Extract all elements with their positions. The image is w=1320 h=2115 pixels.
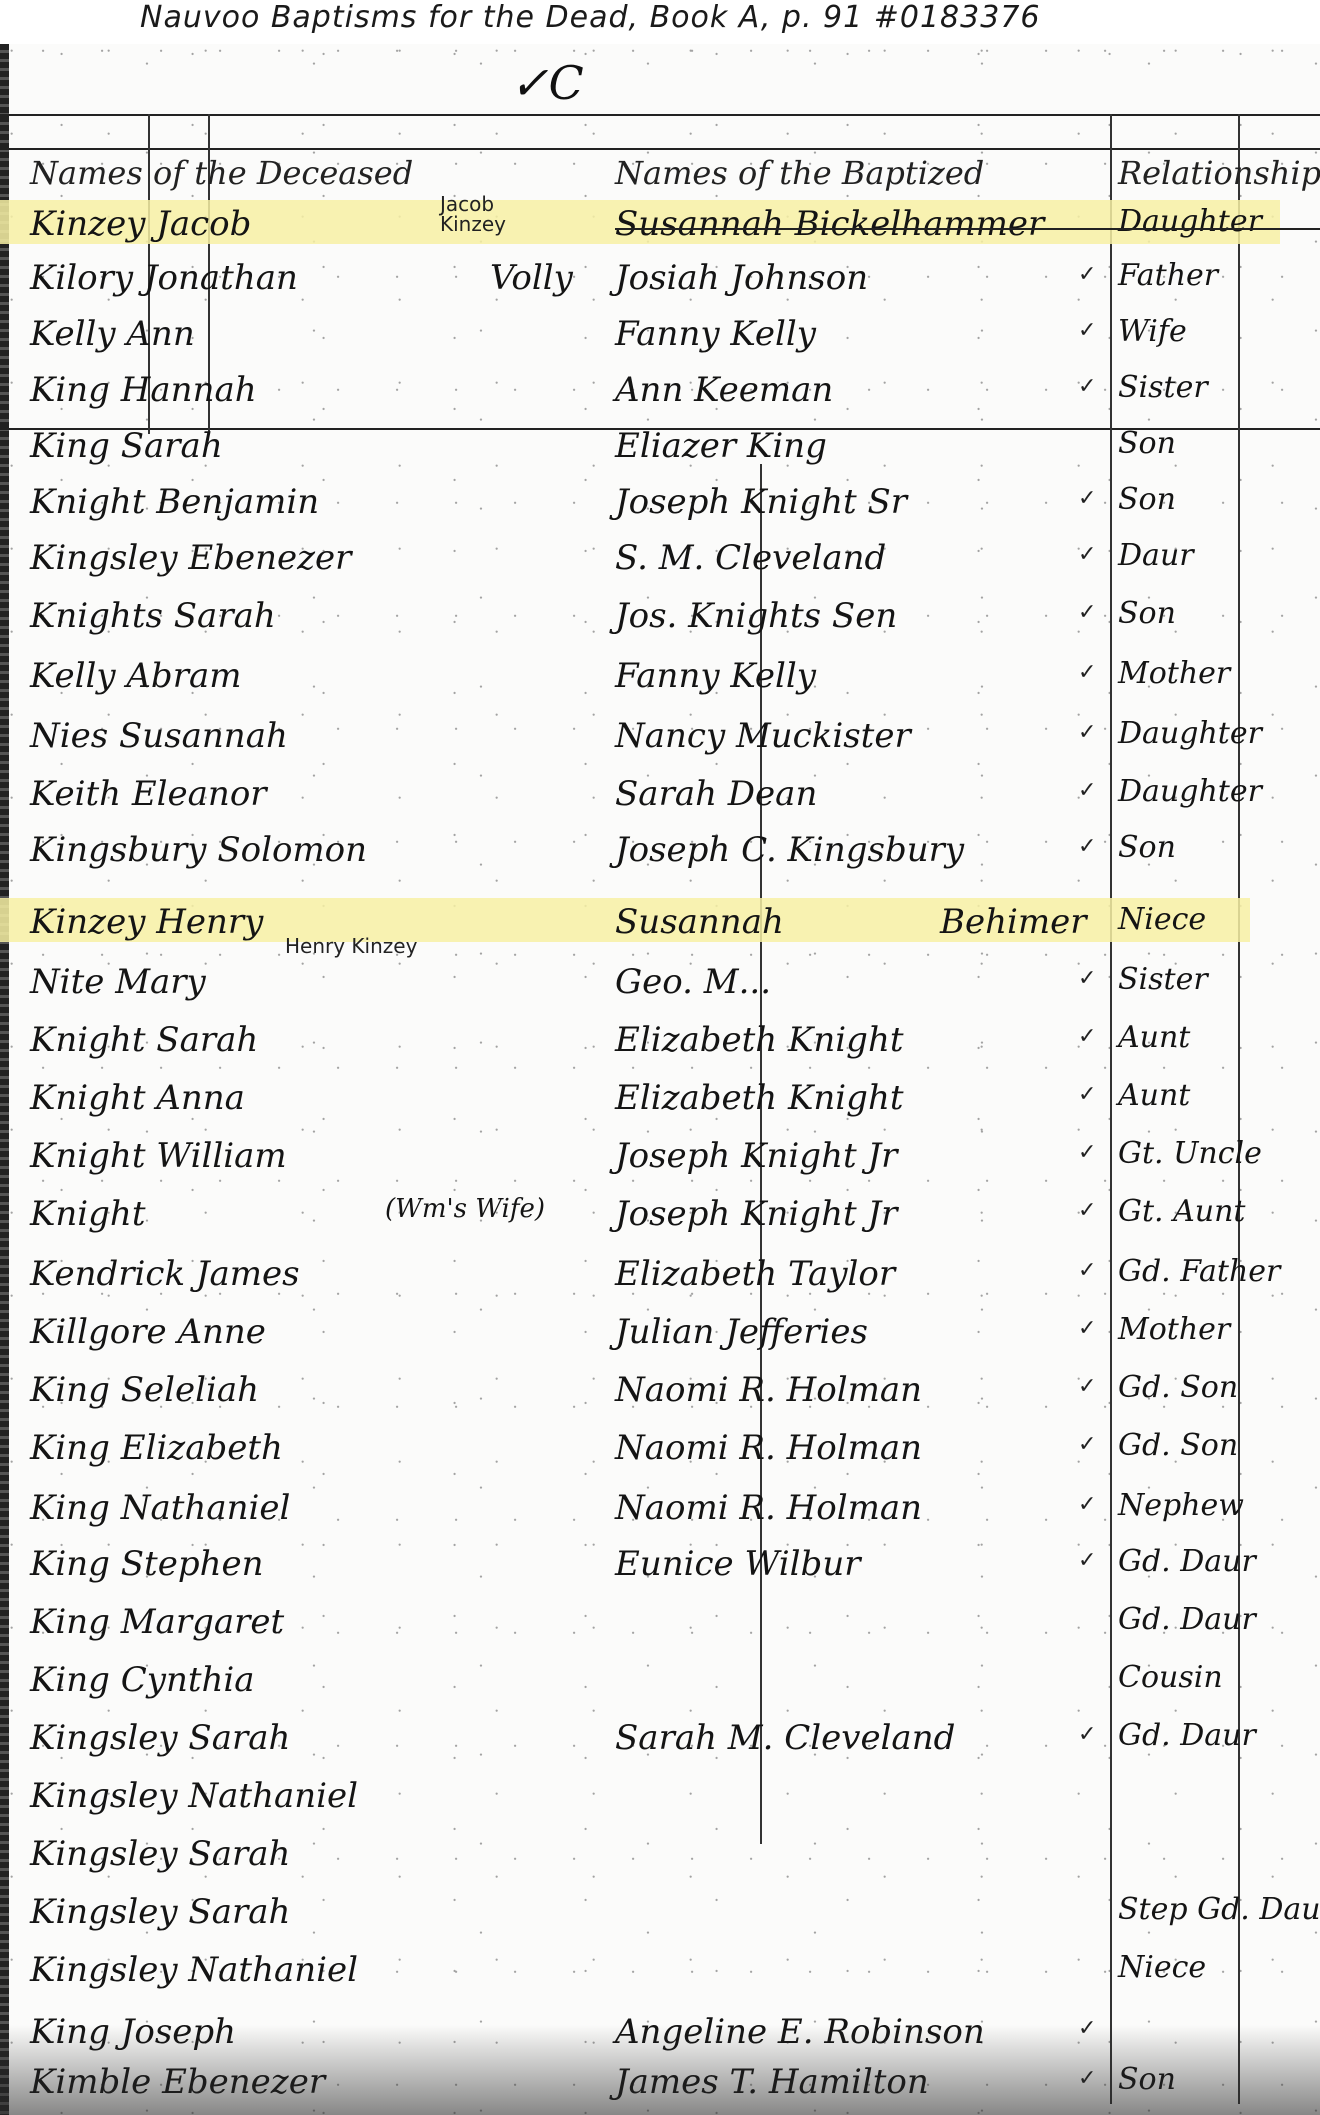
record-row: Kingsley SarahSarah M. Cleveland✓Gd. Dau…: [0, 1718, 1320, 1770]
proxy-name: Fanny Kelly: [615, 656, 816, 696]
check-mark-icon: ✓: [1078, 374, 1096, 399]
record-row: Knights SarahJos. Knights Sen✓Son: [0, 596, 1320, 648]
relationship: Gd. Daur: [1118, 1602, 1256, 1637]
check-mark-icon: ✓: [1078, 1024, 1096, 1049]
check-mark-icon: ✓: [1078, 1082, 1096, 1107]
deceased-name: Kingsley Ebenezer: [30, 538, 351, 578]
check-mark-icon: ✓: [1078, 720, 1096, 745]
proxy-name: Eliazer King: [615, 426, 827, 466]
record-row: King MargaretGd. Daur: [0, 1602, 1320, 1654]
relationship: Daughter: [1118, 204, 1262, 239]
deceased-name: Knight: [30, 1194, 146, 1234]
relationship: Aunt: [1118, 1078, 1190, 1113]
check-mark-icon: ✓: [1078, 1722, 1096, 1747]
deceased-name: Knights Sarah: [30, 596, 276, 636]
check-mark-icon: ✓: [1078, 660, 1096, 685]
proxy-name: S. M. Cleveland: [615, 538, 886, 578]
deceased-name: King Sarah: [30, 426, 223, 466]
rule-top: [0, 114, 1320, 116]
record-row: Kingsley Sarah: [0, 1834, 1320, 1886]
check-mark-icon: ✓: [1078, 1492, 1096, 1517]
deceased-name: Kingsbury Solomon: [30, 830, 367, 870]
proxy-name: Ann Keeman: [615, 370, 833, 410]
record-row: Kingsbury SolomonJoseph C. Kingsbury✓Son: [0, 830, 1320, 882]
relationship: Gd. Father: [1118, 1254, 1280, 1289]
record-row: King SarahEliazer KingSon: [0, 426, 1320, 478]
deceased-name: Kingsley Sarah: [30, 1834, 290, 1874]
record-row: King CynthiaCousin: [0, 1660, 1320, 1712]
deceased-name: Knight Anna: [30, 1078, 245, 1118]
record-row: Kingsley Nathaniel: [0, 1776, 1320, 1828]
relationship: Niece: [1118, 902, 1206, 937]
record-row: Knight WilliamJoseph Knight Jr✓Gt. Uncle: [0, 1136, 1320, 1188]
scanned-record-page: ✓C Names of the Deceased Names of the Ba…: [0, 44, 1320, 2115]
proxy-name: Jos. Knights Sen: [615, 596, 897, 636]
relationship: Daughter: [1118, 774, 1262, 809]
proxy-name: Fanny Kelly: [615, 314, 816, 354]
proxy-name: Eunice Wilbur: [615, 1544, 860, 1584]
proxy-name: Sarah Dean: [615, 774, 817, 814]
proxy-name: Susannah: [615, 902, 784, 942]
proxy-name: Naomi R. Holman: [615, 1488, 922, 1528]
deceased-name: Killgore Anne: [30, 1312, 266, 1352]
check-mark-icon: ✓: [1078, 1140, 1096, 1165]
deceased-name: King Seleliah: [30, 1370, 259, 1410]
relationship: Son: [1118, 830, 1176, 865]
check-mark-icon: ✓: [1078, 262, 1096, 287]
proxy-name: Susannah Bickelhammer: [615, 204, 1044, 244]
relationship: Daughter: [1118, 716, 1262, 751]
relationship: Gd. Daur: [1118, 1544, 1256, 1579]
relationship: Gt. Uncle: [1118, 1136, 1262, 1171]
record-row: Knight(Wm's Wife)Joseph Knight Jr✓Gt. Au…: [0, 1194, 1320, 1246]
record-row: Kendrick JamesElizabeth Taylor✓Gd. Fathe…: [0, 1254, 1320, 1306]
deceased-name: Knight William: [30, 1136, 287, 1176]
column-header-row: Names of the Deceased Names of the Bapti…: [0, 154, 1320, 206]
deceased-name: Nite Mary: [30, 962, 206, 1002]
relationship: Wife: [1118, 314, 1187, 349]
check-mark-icon: ✓: [1078, 1432, 1096, 1457]
relationship: Gd. Son: [1118, 1370, 1238, 1405]
header-proxy: Names of the Baptized: [615, 154, 984, 192]
record-row: Kinzey HenrySusannahBehimerNiece: [0, 902, 1320, 954]
deceased-name: Nies Susannah: [30, 716, 288, 756]
record-row: Nies SusannahNancy Muckister✓Daughter: [0, 716, 1320, 768]
deceased-note: (Wm's Wife): [385, 1194, 545, 1224]
record-row: Nite MaryGeo. M...✓Sister: [0, 962, 1320, 1014]
deceased-name: King Stephen: [30, 1544, 264, 1584]
deceased-name: Keith Eleanor: [30, 774, 267, 814]
deceased-name: King Cynthia: [30, 1660, 255, 1700]
check-mark-icon: ✓: [1078, 486, 1096, 511]
proxy-surname: Behimer: [940, 902, 1087, 942]
deceased-name: Kelly Ann: [30, 314, 195, 354]
relationship: Step Gd. Daur: [1118, 1892, 1320, 1927]
record-row: Kelly AbramFanny Kelly✓Mother: [0, 656, 1320, 708]
record-row: King NathanielNaomi R. Holman✓Nephew: [0, 1488, 1320, 1540]
record-row: Kingsley NathanielNiece: [0, 1950, 1320, 2002]
proxy-name: Joseph Knight Jr: [615, 1194, 897, 1234]
check-mark-icon: ✓: [1078, 1316, 1096, 1341]
proxy-name: Elizabeth Knight: [615, 1020, 904, 1060]
record-row: King ElizabethNaomi R. Holman✓Gd. Son: [0, 1428, 1320, 1480]
relationship: Niece: [1118, 1950, 1206, 1985]
proxy-name: Elizabeth Taylor: [615, 1254, 895, 1294]
relationship: Gd. Son: [1118, 1428, 1238, 1463]
check-mark-icon: ✓: [1078, 778, 1096, 803]
deceased-name: King Elizabeth: [30, 1428, 283, 1468]
proxy-name: Josiah Johnson: [615, 258, 868, 298]
record-row: Knight BenjaminJoseph Knight Sr✓Son: [0, 482, 1320, 534]
deceased-name: Knight Sarah: [30, 1020, 258, 1060]
deceased-name: Kingsley Nathaniel: [30, 1950, 358, 1990]
check-mark-icon: ✓: [1078, 1374, 1096, 1399]
record-row: Kingsley EbenezerS. M. Cleveland✓Daur: [0, 538, 1320, 590]
proxy-name: Naomi R. Holman: [615, 1370, 922, 1410]
proxy-name: Elizabeth Knight: [615, 1078, 904, 1118]
modern-annotation: Henry Kinzey: [285, 936, 417, 956]
check-mark-icon: ✓: [1078, 1198, 1096, 1223]
top-check-mark: ✓C: [510, 56, 584, 110]
relationship: Son: [1118, 596, 1176, 631]
deceased-name: Kelly Abram: [30, 656, 241, 696]
relationship: Sister: [1118, 370, 1208, 405]
check-mark-icon: ✓: [1078, 966, 1096, 991]
relationship: Son: [1118, 482, 1176, 517]
deceased-name: King Margaret: [30, 1602, 284, 1642]
deceased-name: Kinzey Jacob: [30, 204, 251, 244]
proxy-name: Joseph Knight Jr: [615, 1136, 897, 1176]
check-mark-icon: ✓: [1078, 318, 1096, 343]
relationship: Cousin: [1118, 1660, 1223, 1695]
record-row: Kilory JonathanVollyJosiah Johnson✓Fathe…: [0, 258, 1320, 310]
deceased-name: King Hannah: [30, 370, 257, 410]
record-row: Keith EleanorSarah Dean✓Daughter: [0, 774, 1320, 826]
record-row: Kinzey JacobSusannah BickelhammerDaughte…: [0, 204, 1320, 256]
modern-annotation: Jacob Kinzey: [440, 194, 520, 234]
record-row: Kingsley SarahStep Gd. Daur: [0, 1892, 1320, 1944]
relationship: Father: [1118, 258, 1218, 293]
proxy-name: Joseph C. Kingsbury: [615, 830, 964, 870]
relationship: Gd. Daur: [1118, 1718, 1256, 1753]
header-relation: Relationship: [1118, 154, 1320, 192]
relationship: Son: [1118, 426, 1176, 461]
deceased-note: Volly: [490, 258, 573, 298]
record-row: Knight AnnaElizabeth Knight✓Aunt: [0, 1078, 1320, 1130]
relationship: Mother: [1118, 1312, 1230, 1347]
check-mark-icon: ✓: [1078, 1548, 1096, 1573]
proxy-name: Sarah M. Cleveland: [615, 1718, 955, 1758]
scan-shadow: [0, 2025, 1320, 2115]
relationship: Nephew: [1118, 1488, 1244, 1523]
relationship: Gt. Aunt: [1118, 1194, 1245, 1229]
check-mark-icon: ✓: [1078, 1258, 1096, 1283]
deceased-name: Knight Benjamin: [30, 482, 319, 522]
proxy-name: Nancy Muckister: [615, 716, 911, 756]
deceased-name: Kingsley Sarah: [30, 1892, 290, 1932]
deceased-name: Kingsley Nathaniel: [30, 1776, 358, 1816]
deceased-name: Kinzey Henry: [30, 902, 263, 942]
proxy-name: Naomi R. Holman: [615, 1428, 922, 1468]
record-row: Kelly AnnFanny Kelly✓Wife: [0, 314, 1320, 366]
record-row: King StephenEunice Wilbur✓Gd. Daur: [0, 1544, 1320, 1596]
proxy-name: Julian Jefferies: [615, 1312, 868, 1352]
relationship: Sister: [1118, 962, 1208, 997]
record-row: King HannahAnn Keeman✓Sister: [0, 370, 1320, 422]
check-mark-icon: ✓: [1078, 834, 1096, 859]
deceased-name: Kingsley Sarah: [30, 1718, 290, 1758]
deceased-name: King Nathaniel: [30, 1488, 290, 1528]
header-deceased: Names of the Deceased: [30, 154, 413, 192]
proxy-name: Geo. M...: [615, 962, 771, 1002]
deceased-name: Kendrick James: [30, 1254, 300, 1294]
strike-through-line: [615, 228, 1320, 230]
check-mark-icon: ✓: [1078, 600, 1096, 625]
record-row: Killgore AnneJulian Jefferies✓Mother: [0, 1312, 1320, 1364]
record-row: Knight SarahElizabeth Knight✓Aunt: [0, 1020, 1320, 1072]
rule-after-header: [0, 148, 1320, 150]
relationship: Mother: [1118, 656, 1230, 691]
check-mark-icon: ✓: [1078, 542, 1096, 567]
proxy-name: Joseph Knight Sr: [615, 482, 907, 522]
annotation-header: Nauvoo Baptisms for the Dead, Book A, p.…: [140, 0, 1041, 40]
record-row: King SeleliahNaomi R. Holman✓Gd. Son: [0, 1370, 1320, 1422]
deceased-name: Kilory Jonathan: [30, 258, 298, 298]
relationship: Aunt: [1118, 1020, 1190, 1055]
relationship: Daur: [1118, 538, 1194, 573]
